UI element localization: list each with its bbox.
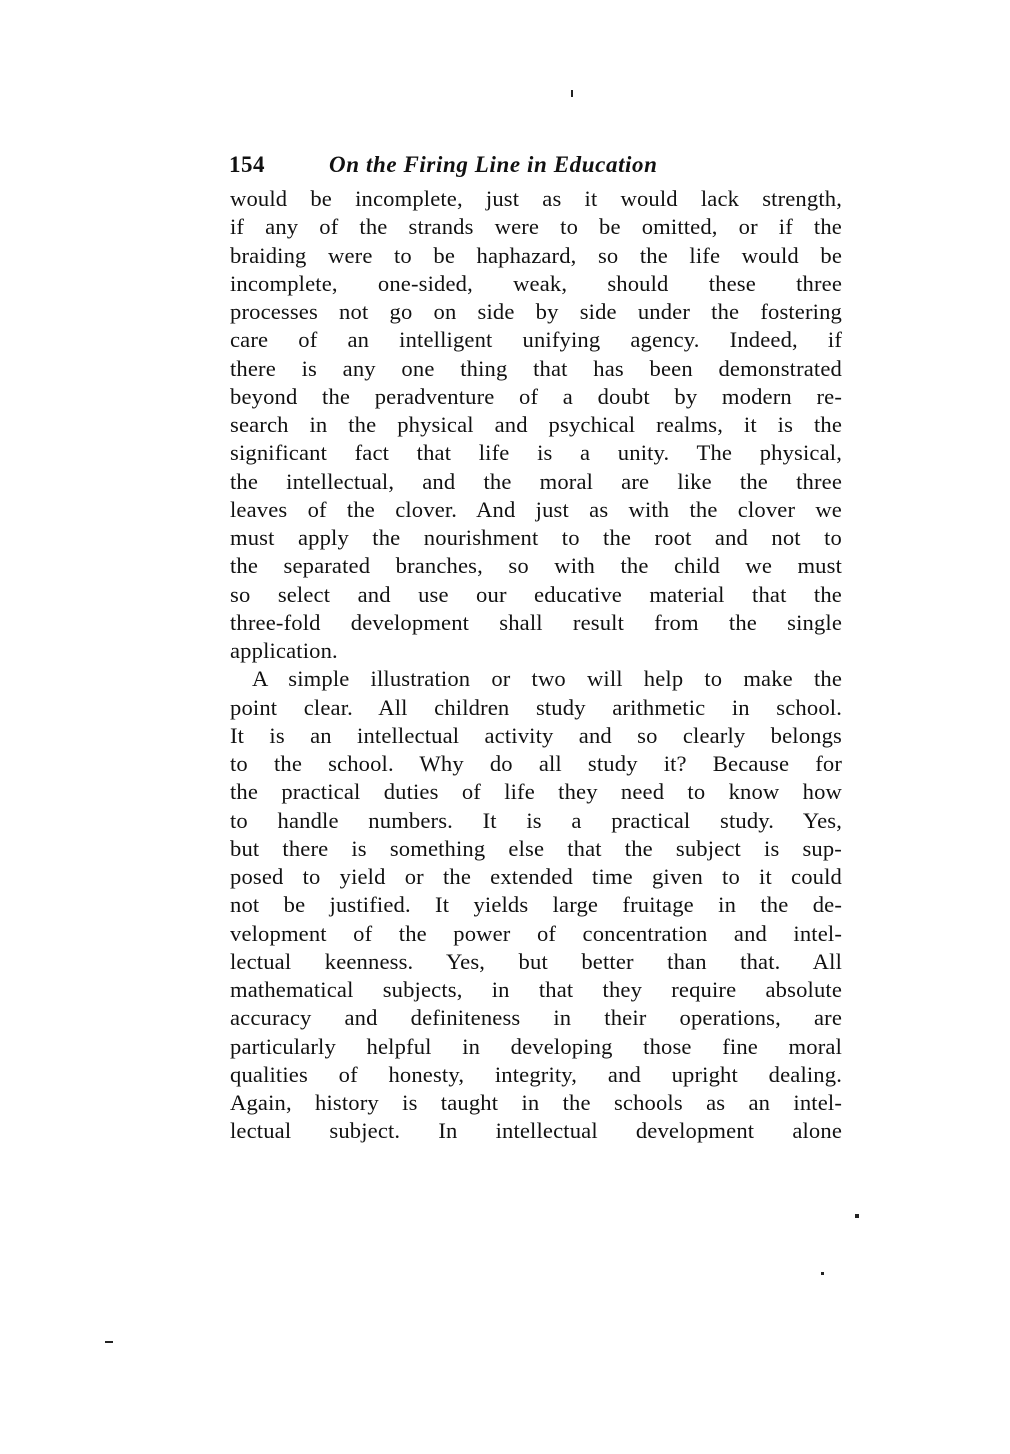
text-line: significant fact that life is a unity. T… xyxy=(230,439,842,467)
text-line: application. xyxy=(230,637,842,665)
text-line: if any of the strands were to be omitted… xyxy=(230,213,842,241)
text-line: the separated branches, so with the chil… xyxy=(230,552,842,580)
page-number: 154 xyxy=(229,152,329,178)
text-line: mathematical subjects, in that they requ… xyxy=(230,976,842,1004)
text-line: posed to yield or the extended time give… xyxy=(230,863,842,891)
text-line: but there is something else that the sub… xyxy=(230,835,842,863)
text-line: particularly helpful in developing those… xyxy=(230,1033,842,1061)
text-line: qualities of honesty, integrity, and upr… xyxy=(230,1061,842,1089)
scan-artifact-dot xyxy=(821,1272,824,1275)
text-line: care of an intelligent unifying agency. … xyxy=(230,326,842,354)
running-title: On the Firing Line in Education xyxy=(329,152,658,178)
scan-artifact-mark xyxy=(571,90,573,97)
text-line: It is an intellectual activity and so cl… xyxy=(230,722,842,750)
text-line: beyond the peradventure of a doubt by mo… xyxy=(230,383,842,411)
paragraph-2: A simple illustration or two will help t… xyxy=(230,665,842,1145)
text-line: search in the physical and psychical rea… xyxy=(230,411,842,439)
text-line: incomplete, one-sided, weak, should thes… xyxy=(230,270,842,298)
text-line: processes not go on side by side under t… xyxy=(230,298,842,326)
text-line: to the school. Why do all study it? Beca… xyxy=(230,750,842,778)
text-line: there is any one thing that has been dem… xyxy=(230,355,842,383)
text-line: Again, history is taught in the schools … xyxy=(230,1089,842,1117)
text-line: point clear. All children study arithmet… xyxy=(230,694,842,722)
text-line: not be justified. It yields large fruita… xyxy=(230,891,842,919)
text-line: the practical duties of life they need t… xyxy=(230,778,842,806)
paragraph-1: would be incomplete, just as it would la… xyxy=(230,185,842,665)
text-line: lectual keenness. Yes, but better than t… xyxy=(230,948,842,976)
text-line: accuracy and definiteness in their opera… xyxy=(230,1004,842,1032)
text-line: three-fold development shall result from… xyxy=(230,609,842,637)
text-line: velopment of the power of concentration … xyxy=(230,920,842,948)
book-page: 154 On the Firing Line in Education woul… xyxy=(0,0,1010,1454)
text-line: to handle numbers. It is a practical stu… xyxy=(230,807,842,835)
text-line: so select and use our educative material… xyxy=(230,581,842,609)
body-text: would be incomplete, just as it would la… xyxy=(230,185,842,1146)
text-line: A simple illustration or two will help t… xyxy=(230,665,842,693)
scan-artifact-dot xyxy=(855,1214,859,1218)
text-line: lectual subject. In intellectual develop… xyxy=(230,1117,842,1145)
text-line: must apply the nourishment to the root a… xyxy=(230,524,842,552)
running-head: 154 On the Firing Line in Education xyxy=(229,152,789,188)
text-line: braiding were to be haphazard, so the li… xyxy=(230,242,842,270)
text-line: leaves of the clover. And just as with t… xyxy=(230,496,842,524)
scan-artifact-dash xyxy=(105,1341,113,1343)
text-line: would be incomplete, just as it would la… xyxy=(230,185,842,213)
text-line: the intellectual, and the moral are like… xyxy=(230,468,842,496)
